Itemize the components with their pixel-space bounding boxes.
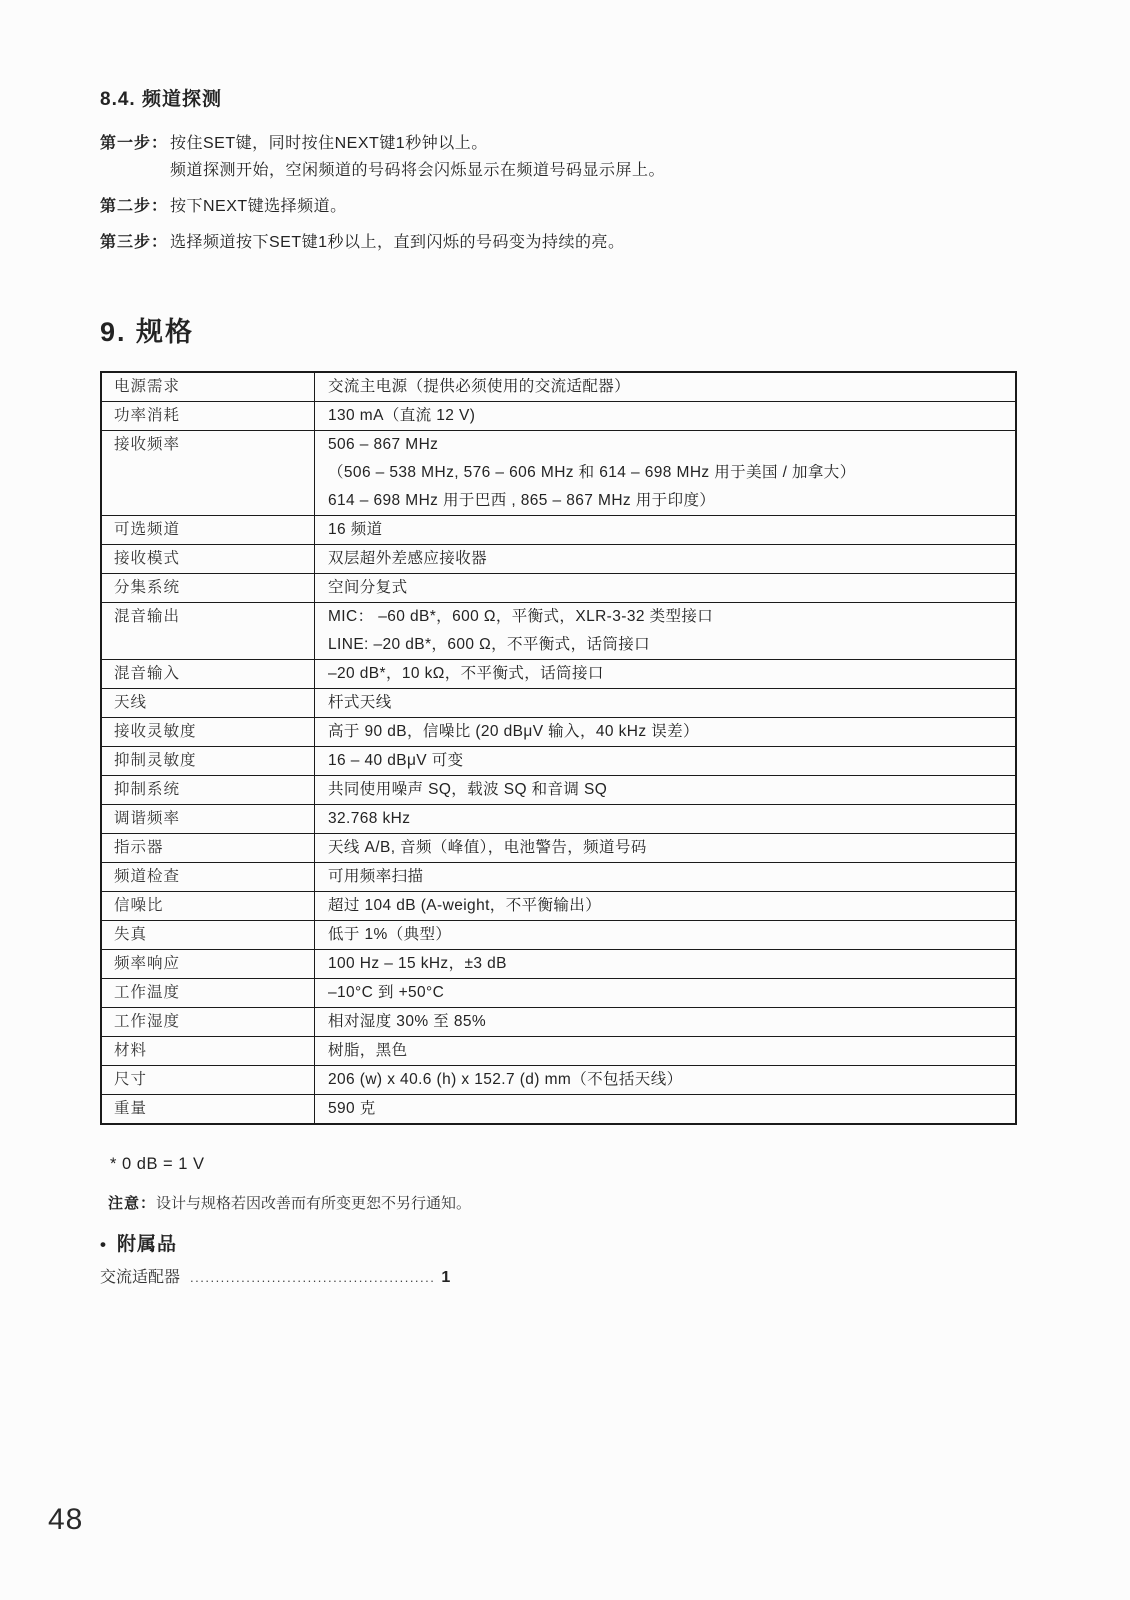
note-text: 设计与规格若因改善而有所变更恕不另行通知。 (156, 1195, 471, 1212)
spec-label: 接收模式 (102, 545, 315, 573)
spec-value: 16 频道 (315, 516, 1015, 544)
spec-row: 分集系统空间分复式 (102, 573, 1015, 602)
accessories-title-text: 附属品 (117, 1234, 177, 1255)
spec-value: 590 克 (315, 1095, 1015, 1123)
step-label: 第三步： (100, 229, 170, 256)
spec-value-line: 206 (w) x 40.6 (h) x 152.7 (d) mm（不包括天线） (328, 1066, 1007, 1094)
note-label: 注意： (108, 1195, 156, 1212)
spec-value-line: 空间分复式 (328, 574, 1007, 602)
page-number: 48 (48, 1503, 83, 1537)
spec-value-line: 双层超外差感应接收器 (328, 545, 1007, 573)
spec-value: 206 (w) x 40.6 (h) x 152.7 (d) mm（不包括天线） (315, 1066, 1015, 1094)
spec-value: 超过 104 dB (A-weight，不平衡输出） (315, 892, 1015, 920)
specifications-table: 电源需求交流主电源（提供必须使用的交流适配器）功率消耗130 mA（直流 12 … (100, 371, 1017, 1125)
spec-label: 功率消耗 (102, 402, 315, 430)
spec-label: 抑制系统 (102, 776, 315, 804)
spec-row: 频率响应100 Hz – 15 kHz，±3 dB (102, 949, 1015, 978)
spec-row: 工作湿度相对湿度 30% 至 85% (102, 1007, 1015, 1036)
spec-label: 工作湿度 (102, 1008, 315, 1036)
spec-row: 重量590 克 (102, 1094, 1015, 1123)
manual-page: 8.4. 频道探测 第一步：按住SET键，同时按住NEXT键1秒钟以上。频道探测… (0, 0, 1130, 1600)
spec-value: 高于 90 dB，信噪比 (20 dBμV 输入，40 kHz 误差） (315, 718, 1015, 746)
spec-label: 尺寸 (102, 1066, 315, 1094)
spec-row: 接收模式双层超外差感应接收器 (102, 544, 1015, 573)
spec-value-line: 天线 A/B, 音频（峰值），电池警告，频道号码 (328, 834, 1007, 862)
spec-label: 电源需求 (102, 373, 315, 401)
spec-value: 双层超外差感应接收器 (315, 545, 1015, 573)
spec-value-line: 130 mA（直流 12 V) (328, 402, 1007, 430)
spec-label: 抑制灵敏度 (102, 747, 315, 775)
step-label: 第一步： (100, 130, 170, 184)
spec-row: 工作温度–10°C 到 +50°C (102, 978, 1015, 1007)
spec-value-line: 杆式天线 (328, 689, 1007, 717)
spec-label: 失真 (102, 921, 315, 949)
spec-value-line: 16 频道 (328, 516, 1007, 544)
spec-row: 抑制灵敏度16 – 40 dBμV 可变 (102, 746, 1015, 775)
step-label: 第二步： (100, 193, 170, 220)
spec-value-line: 32.768 kHz (328, 805, 1007, 833)
spec-value-line: （506 – 538 MHz, 576 – 606 MHz 和 614 – 69… (328, 459, 1007, 487)
spec-value-line: 低于 1%（典型） (328, 921, 1007, 949)
spec-value-line: –10°C 到 +50°C (328, 979, 1007, 1007)
section-8-4-title: 8.4. 频道探测 (100, 84, 222, 111)
spec-label: 信噪比 (102, 892, 315, 920)
spec-label: 材料 (102, 1037, 315, 1065)
step-row: 第三步：选择频道按下SET键1秒以上，直到闪烁的号码变为持续的亮。 (100, 229, 665, 256)
accessory-item: 交流适配器...................................… (100, 1266, 450, 1290)
db-reference-footnote: * 0 dB = 1 V (110, 1155, 205, 1174)
spec-row: 失真低于 1%（典型） (102, 920, 1015, 949)
spec-row: 抑制系统共同使用噪声 SQ，载波 SQ 和音调 SQ (102, 775, 1015, 804)
spec-label: 频率响应 (102, 950, 315, 978)
spec-value: 共同使用噪声 SQ，载波 SQ 和音调 SQ (315, 776, 1015, 804)
spec-value: –20 dB*，10 kΩ，不平衡式，话筒接口 (315, 660, 1015, 688)
spec-row: 材料树脂，黑色 (102, 1036, 1015, 1065)
section-9-title: 9. 规格 (100, 310, 194, 349)
spec-label: 频道检查 (102, 863, 315, 891)
spec-value-line: 可用频率扫描 (328, 863, 1007, 891)
spec-label: 指示器 (102, 834, 315, 862)
spec-label: 混音输出 (102, 603, 315, 659)
spec-value-line: 100 Hz – 15 kHz，±3 dB (328, 950, 1007, 978)
note-line: 注意：设计与规格若因改善而有所变更恕不另行通知。 (108, 1192, 471, 1213)
spec-row: 尺寸206 (w) x 40.6 (h) x 152.7 (d) mm（不包括天… (102, 1065, 1015, 1094)
step-body: 按下NEXT键选择频道。 (170, 193, 347, 220)
spec-value: 空间分复式 (315, 574, 1015, 602)
spec-value: 天线 A/B, 音频（峰值），电池警告，频道号码 (315, 834, 1015, 862)
spec-value-line: MIC： –60 dB*，600 Ω，平衡式，XLR-3-32 类型接口 (328, 603, 1007, 631)
spec-label: 调谐频率 (102, 805, 315, 833)
spec-label: 分集系统 (102, 574, 315, 602)
spec-value: 100 Hz – 15 kHz，±3 dB (315, 950, 1015, 978)
spec-value-line: 树脂，黑色 (328, 1037, 1007, 1065)
spec-value: 相对湿度 30% 至 85% (315, 1008, 1015, 1036)
spec-value-line: –20 dB*，10 kΩ，不平衡式，话筒接口 (328, 660, 1007, 688)
spec-value-line: 交流主电源（提供必须使用的交流适配器） (328, 373, 1007, 401)
spec-label: 天线 (102, 689, 315, 717)
spec-value: 32.768 kHz (315, 805, 1015, 833)
spec-value-line: 共同使用噪声 SQ，载波 SQ 和音调 SQ (328, 776, 1007, 804)
channel-scan-steps: 第一步：按住SET键，同时按住NEXT键1秒钟以上。频道探测开始，空闲频道的号码… (100, 130, 665, 265)
spec-value-line: 高于 90 dB，信噪比 (20 dBμV 输入，40 kHz 误差） (328, 718, 1007, 746)
spec-label: 重量 (102, 1095, 315, 1123)
step-row: 第一步：按住SET键，同时按住NEXT键1秒钟以上。频道探测开始，空闲频道的号码… (100, 130, 665, 184)
accessories-title: •附属品 (100, 1229, 177, 1256)
spec-row: 接收灵敏度高于 90 dB，信噪比 (20 dBμV 输入，40 kHz 误差） (102, 717, 1015, 746)
spec-value: 可用频率扫描 (315, 863, 1015, 891)
step-line: 按住SET键，同时按住NEXT键1秒钟以上。 (170, 130, 665, 157)
spec-value-line: 相对湿度 30% 至 85% (328, 1008, 1007, 1036)
spec-row: 可选频道16 频道 (102, 515, 1015, 544)
spec-label: 工作温度 (102, 979, 315, 1007)
spec-row: 功率消耗130 mA（直流 12 V) (102, 401, 1015, 430)
step-body: 选择频道按下SET键1秒以上，直到闪烁的号码变为持续的亮。 (170, 229, 625, 256)
spec-value: 杆式天线 (315, 689, 1015, 717)
spec-row: 天线杆式天线 (102, 688, 1015, 717)
step-body: 按住SET键，同时按住NEXT键1秒钟以上。频道探测开始，空闲频道的号码将会闪烁… (170, 130, 665, 184)
spec-value-line: 506 – 867 MHz (328, 431, 1007, 459)
spec-label: 混音输入 (102, 660, 315, 688)
spec-row: 指示器天线 A/B, 音频（峰值），电池警告，频道号码 (102, 833, 1015, 862)
spec-row: 混音输入–20 dB*，10 kΩ，不平衡式，话筒接口 (102, 659, 1015, 688)
spec-value: 交流主电源（提供必须使用的交流适配器） (315, 373, 1015, 401)
spec-value: –10°C 到 +50°C (315, 979, 1015, 1007)
step-line: 选择频道按下SET键1秒以上，直到闪烁的号码变为持续的亮。 (170, 229, 625, 256)
spec-value: MIC： –60 dB*，600 Ω，平衡式，XLR-3-32 类型接口LINE… (315, 603, 1015, 659)
spec-value-line: 614 – 698 MHz 用于巴西 , 865 – 867 MHz 用于印度） (328, 487, 1007, 515)
step-line: 按下NEXT键选择频道。 (170, 193, 347, 220)
spec-value: 130 mA（直流 12 V) (315, 402, 1015, 430)
accessories-list: 交流适配器...................................… (100, 1266, 450, 1290)
step-row: 第二步：按下NEXT键选择频道。 (100, 193, 665, 220)
spec-row: 信噪比超过 104 dB (A-weight，不平衡输出） (102, 891, 1015, 920)
spec-value-line: LINE: –20 dB*，600 Ω，不平衡式，话筒接口 (328, 631, 1007, 659)
bullet-icon: • (100, 1235, 107, 1254)
spec-row: 混音输出MIC： –60 dB*，600 Ω，平衡式，XLR-3-32 类型接口… (102, 602, 1015, 659)
spec-value-line: 超过 104 dB (A-weight，不平衡输出） (328, 892, 1007, 920)
spec-row: 调谐频率32.768 kHz (102, 804, 1015, 833)
spec-value: 树脂，黑色 (315, 1037, 1015, 1065)
spec-label: 接收频率 (102, 431, 315, 515)
spec-row: 接收频率506 – 867 MHz（506 – 538 MHz, 576 – 6… (102, 430, 1015, 515)
step-line: 频道探测开始，空闲频道的号码将会闪烁显示在频道号码显示屏上。 (170, 157, 665, 184)
spec-value: 506 – 867 MHz（506 – 538 MHz, 576 – 606 M… (315, 431, 1015, 515)
spec-value: 16 – 40 dBμV 可变 (315, 747, 1015, 775)
spec-row: 频道检查可用频率扫描 (102, 862, 1015, 891)
spec-label: 接收灵敏度 (102, 718, 315, 746)
spec-value-line: 590 克 (328, 1095, 1007, 1123)
leader-dots: ........................................… (190, 1270, 435, 1285)
spec-label: 可选频道 (102, 516, 315, 544)
spec-value: 低于 1%（典型） (315, 921, 1015, 949)
accessory-quantity: 1 (441, 1269, 450, 1286)
accessory-name: 交流适配器 (100, 1269, 180, 1286)
spec-row: 电源需求交流主电源（提供必须使用的交流适配器） (102, 373, 1015, 401)
spec-value-line: 16 – 40 dBμV 可变 (328, 747, 1007, 775)
